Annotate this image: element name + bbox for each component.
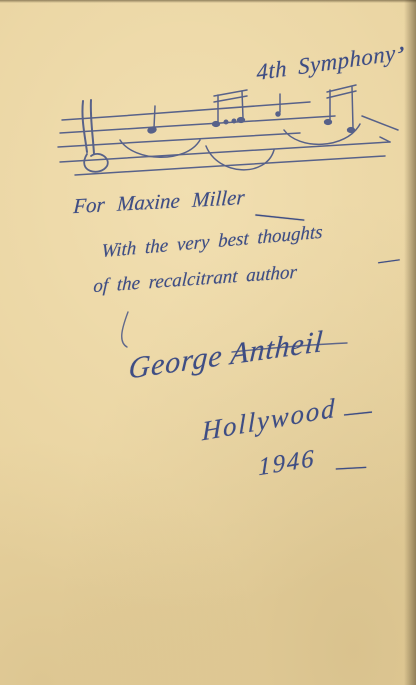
message-dash-stroke: — xyxy=(376,245,401,274)
music-staff-sketch-icon xyxy=(50,76,410,188)
place-dash-stroke: — xyxy=(342,395,373,428)
year-dash-stroke: — xyxy=(335,450,367,482)
autograph-page-photo: 4th Symphony ’ For Maxine Miller — With … xyxy=(0,0,416,685)
